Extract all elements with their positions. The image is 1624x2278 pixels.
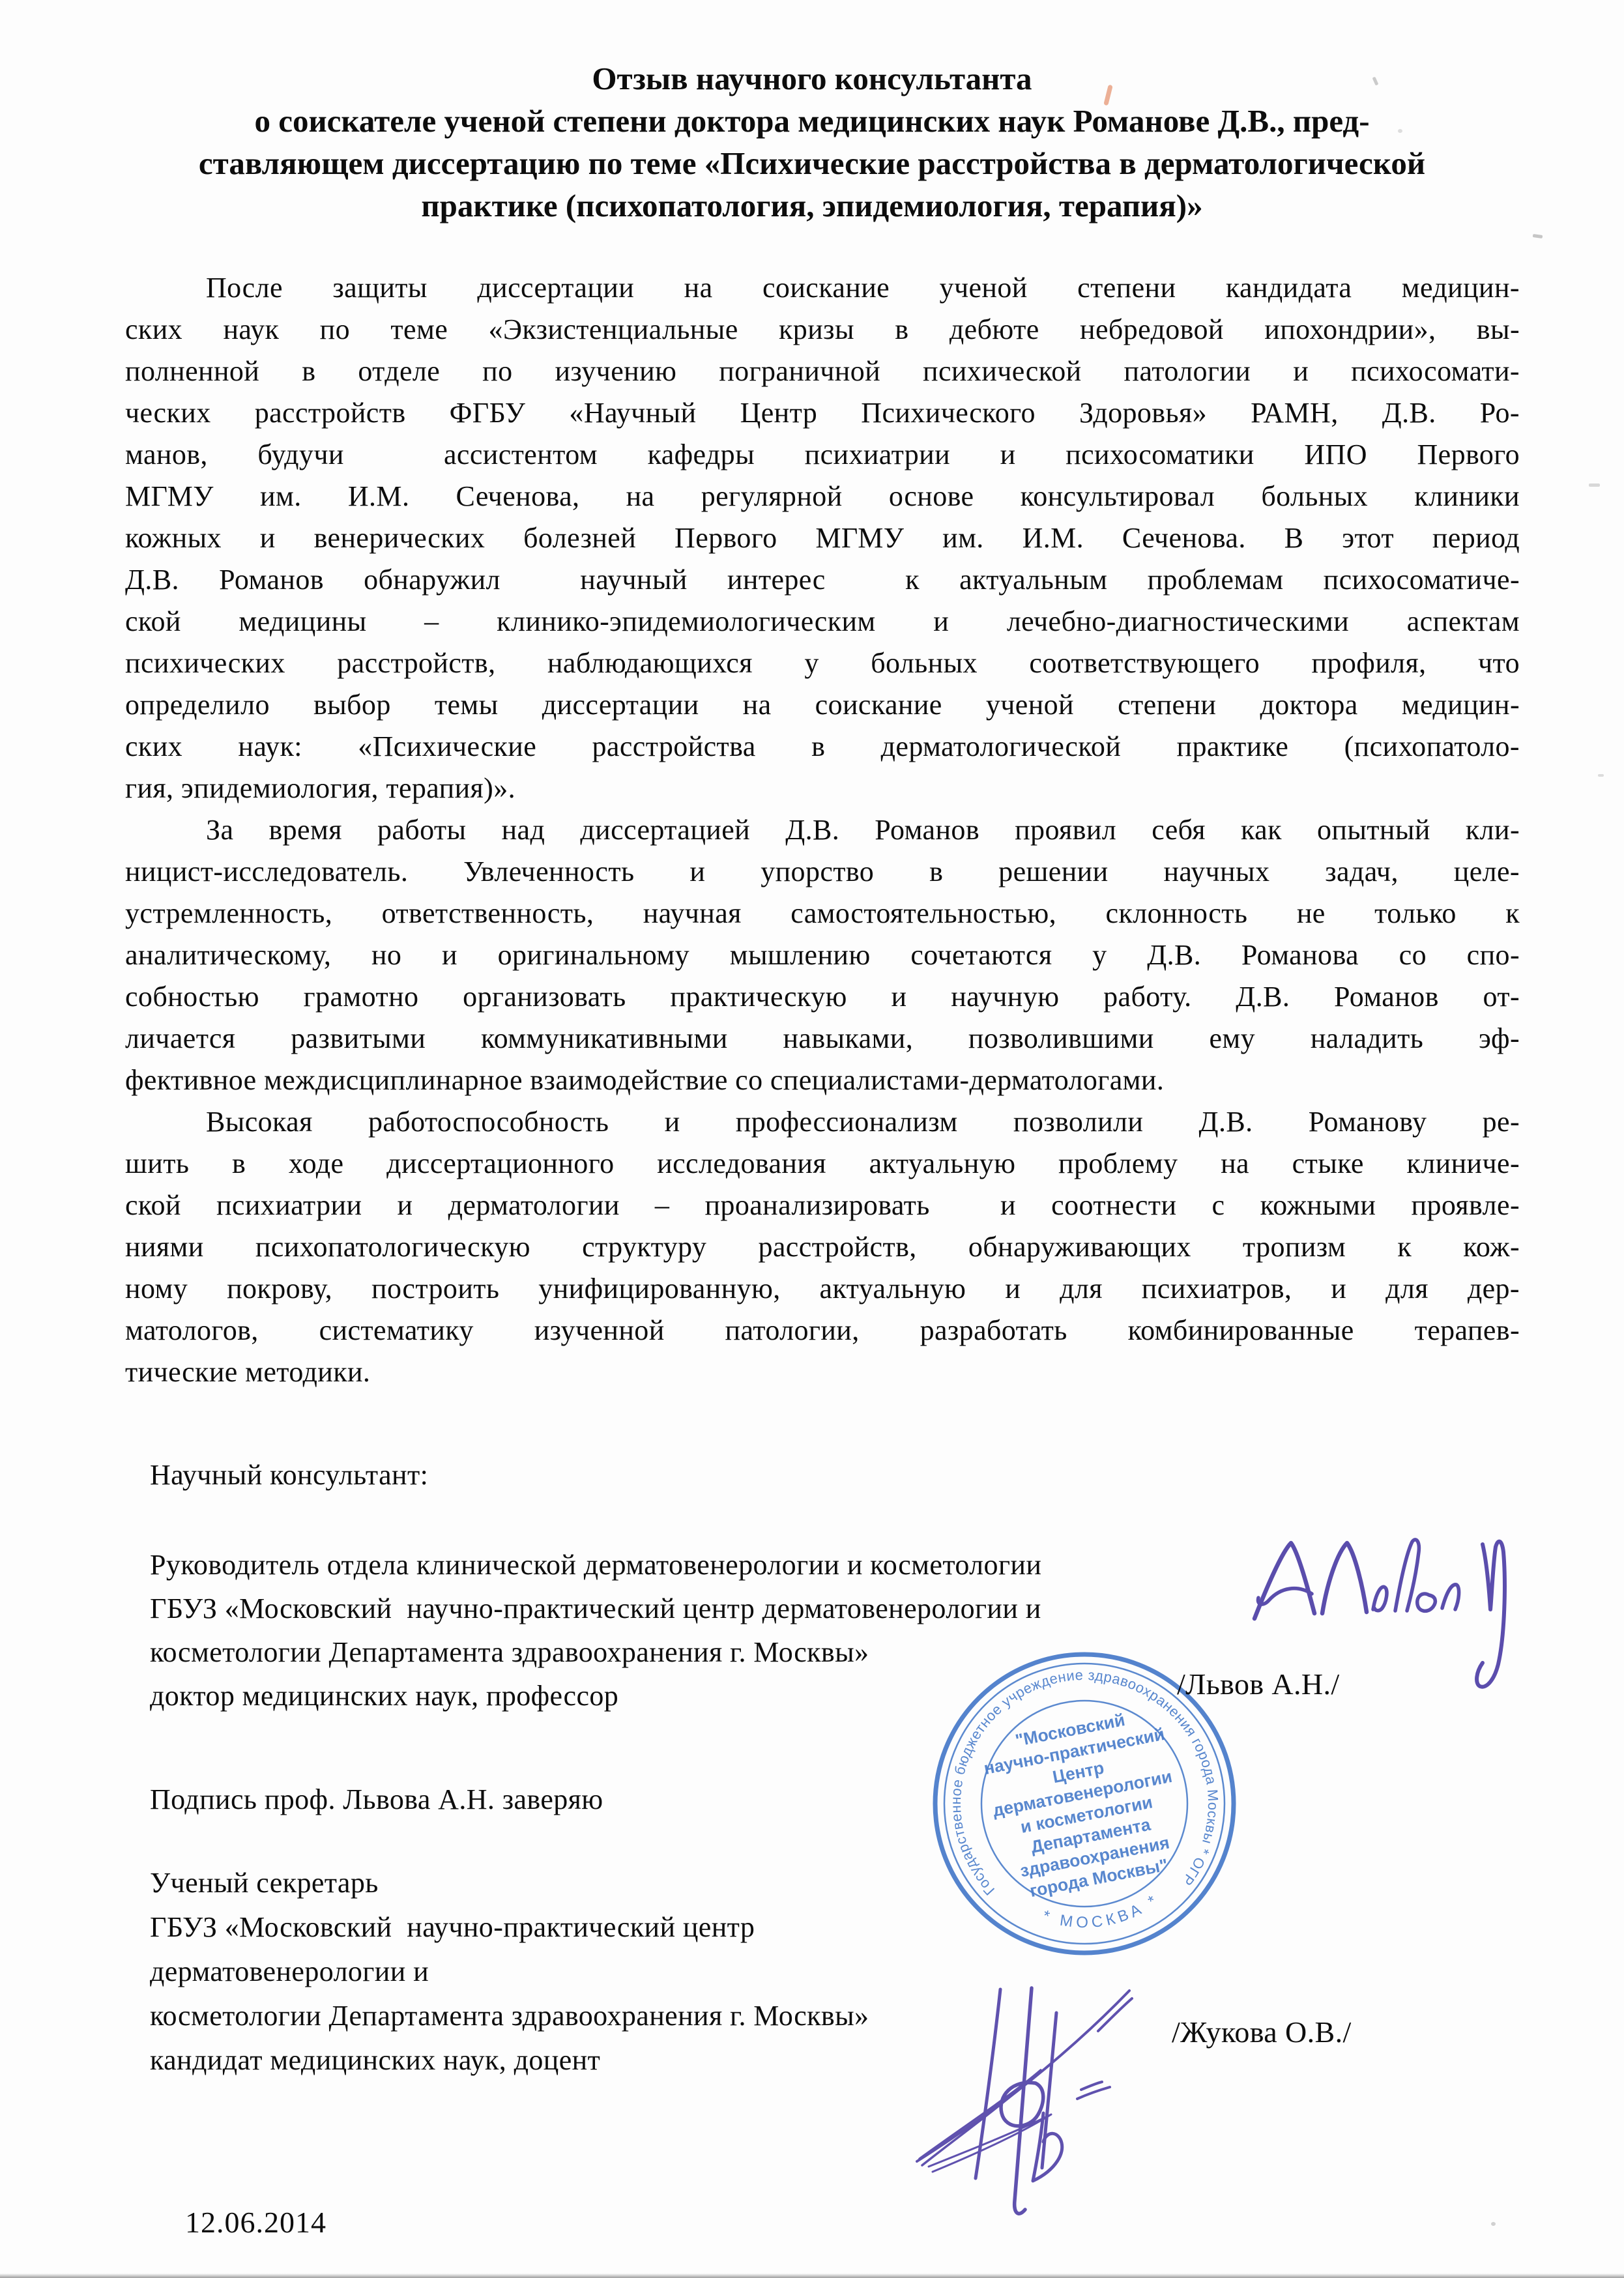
consultant-role-line: Руководитель отдела клинической дерматов… (150, 1543, 1041, 1587)
consultant-heading: Научный консультант: (150, 1458, 428, 1492)
title-line: Отзыв научного консультанта (39, 57, 1585, 100)
stamp-mid-ring (944, 1664, 1225, 1944)
document-date: 12.06.2014 (185, 2205, 326, 2240)
zhukova-signature (903, 1971, 1163, 2232)
title-line: ставляющем диссертацию по теме «Психичес… (39, 142, 1585, 184)
stamp-outer-ring (935, 1654, 1234, 1953)
paragraph-1-line: ских наук: «Психические расстройства в д… (125, 726, 1520, 768)
paragraph-2-line: аналитическому, но и оригинальному мышле… (125, 934, 1520, 976)
scanned-review-document: Отзыв научного консультанта о соискателе… (0, 0, 1624, 2278)
secretary-line: кандидат медицинских наук, доцент (150, 2038, 869, 2083)
secretary-block: Ученый секретарь ГБУЗ «Московский научно… (150, 1861, 869, 2083)
document-body: После защиты диссертации на соискание уч… (125, 267, 1520, 1393)
paragraph-2-line: устремленность, ответственность, научная… (125, 893, 1520, 934)
paragraph-3-line: ниями психопатологическую структуру расс… (125, 1226, 1520, 1268)
paragraph-1-line: психических расстройств, наблюдающихся у… (125, 642, 1520, 684)
paragraph-3-line: ному покрову, построить унифицированную,… (125, 1268, 1520, 1310)
secretary-line: Ученый секретарь (150, 1861, 869, 1905)
paragraph-1-line: определило выбор темы диссертации на сои… (125, 684, 1520, 726)
paragraph-1-line: кожных и венерических болезней Первого М… (125, 517, 1520, 559)
consultant-role-line: доктор медицинских наук, профессор (150, 1674, 1041, 1718)
scan-artifact (1533, 234, 1543, 238)
round-stamp: Государственное бюджетное учреждение здр… (931, 1650, 1238, 1957)
secretary-line: дерматовенерологии и (150, 1950, 869, 1994)
paragraph-3-line: Высокая работоспособность и профессионал… (125, 1101, 1520, 1143)
paragraph-1-line: МГМУ им. И.М. Сеченова, на регулярной ос… (125, 476, 1520, 517)
paragraph-3-line: ской психиатрии и дерматологии – проанал… (125, 1185, 1520, 1226)
paragraph-1-line: После защиты диссертации на соискание уч… (125, 267, 1520, 309)
consultant-role-line: косметологии Департамента здравоохранени… (150, 1630, 1041, 1674)
scan-artifact (1491, 2222, 1496, 2226)
document-title: Отзыв научного консультанта о соискателе… (39, 57, 1585, 227)
paragraph-1-line: ческих расстройств ФГБУ «Научный Центр П… (125, 392, 1520, 434)
paragraph-1-line: гия, эпидемиология, терапия)». (125, 768, 1520, 809)
secretary-line: ГБУЗ «Московский научно-практический цен… (150, 1905, 869, 1950)
paragraph-3-line: шить в ходе диссертационного исследовани… (125, 1143, 1520, 1185)
paragraph-2-line: ницист-исследователь. Увлеченность и упо… (125, 851, 1520, 893)
consultant-block: Руководитель отдела клинической дерматов… (150, 1543, 1041, 1718)
title-line: о соискателе ученой степени доктора меди… (39, 100, 1585, 142)
consultant-role-line: ГБУЗ «Московский научно-практический цен… (150, 1587, 1041, 1630)
paragraph-2-line: собностью грамотно организовать практиче… (125, 976, 1520, 1018)
lvov-signature (1235, 1518, 1535, 1733)
secretary-line: косметологии Департамента здравоохранени… (150, 1994, 869, 2038)
paragraph-3-line: тические методики. (125, 1351, 1520, 1393)
scan-artifact (1589, 483, 1600, 487)
stamp-bottom-text: * МОСКВА * (1038, 1889, 1166, 1940)
paragraph-2-line: За время работы над диссертацией Д.В. Ро… (125, 809, 1520, 851)
paragraph-1-line: ской медицины – клинико-эпидемиологическ… (125, 601, 1520, 642)
scan-bottom-edge (0, 2273, 1624, 2278)
paragraph-1-line: полненной в отделе по изучению пограничн… (125, 351, 1520, 392)
title-line: практике (психопатология, эпидемиология,… (39, 184, 1585, 227)
paragraph-3-line: матологов, систематику изученной патолог… (125, 1310, 1520, 1351)
paragraph-2-line: фективное междисциплинарное взаимодейств… (125, 1060, 1520, 1101)
paragraph-1-line: Д.В. Романов обнаружил научный интерес к… (125, 559, 1520, 601)
paragraph-1-line: ских наук по теме «Экзистенциальные криз… (125, 309, 1520, 351)
certification-line: Подпись проф. Львова А.Н. заверяю (150, 1783, 603, 1816)
scan-artifact (1598, 774, 1604, 777)
paragraph-2-line: личается развитыми коммуникативными навы… (125, 1018, 1520, 1060)
paragraph-1-line: манов, будучи ассистентом кафедры психиа… (125, 434, 1520, 476)
secretary-signature-name: /Жукова О.В./ (1172, 2015, 1352, 2049)
